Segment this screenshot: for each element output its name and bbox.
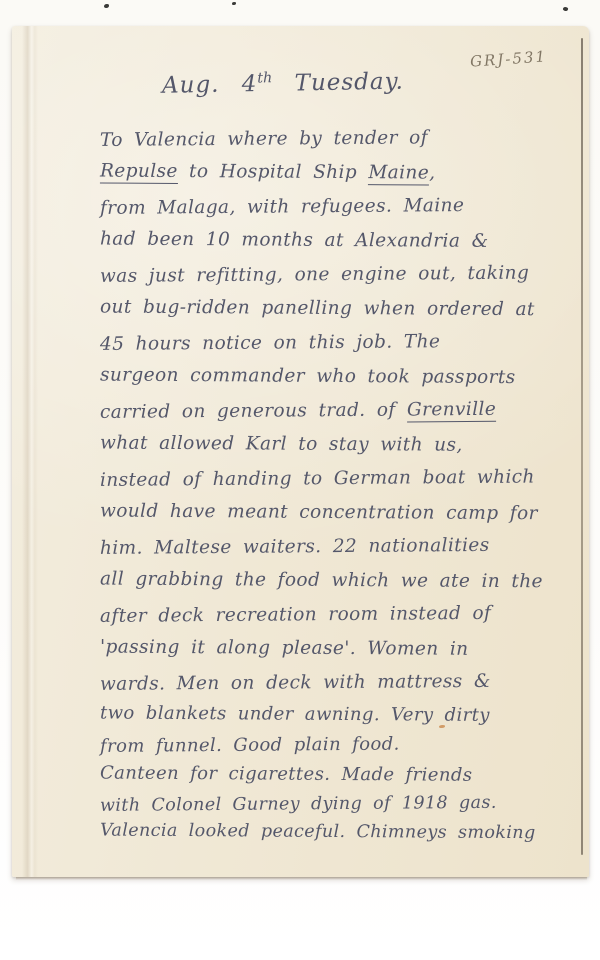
handwritten-line: 'passing it along please'. Women in [100,631,586,668]
handwritten-line: from Malaga, with refugees. Maine [100,188,586,226]
scanned-photo: GRJ-531 Aug. 4th Tuesday. To Valencia wh… [0,0,600,960]
date-heading-ordinal: th [257,70,272,86]
underlined-word: Grenville [407,399,496,423]
reference-number: GRJ-531 [469,47,547,70]
date-heading-prefix: Aug. 4 [162,71,258,99]
handwritten-line: instead of handing to German boat which [100,460,586,498]
handwritten-line: out bug-ridden panelling when ordered at [100,291,586,328]
handwritten-line: surgeon commander who took passports [100,359,586,396]
handwritten-line: would have meant concentration camp for [100,495,586,532]
handwritten-line: carried on generous trad. of Grenville [100,392,586,430]
underlined-word: Maine [368,162,429,185]
handwritten-line: what allowed Karl to stay with us, [100,427,586,464]
handwritten-line: Repulse to Hospital Ship Maine, [100,155,586,192]
underlined-word: Repulse [100,161,178,184]
body-lines: To Valencia where by tender ofRepulse to… [100,122,586,846]
diary-page: GRJ-531 Aug. 4th Tuesday. To Valencia wh… [12,26,589,877]
handwritten-line: from funnel. Good plain food. [100,728,586,762]
handwritten-line: Canteen for cigarettes. Made friends [100,759,586,792]
handwritten-line: To Valencia where by tender of [100,120,586,158]
handwritten-line: him. Maltese waiters. 22 nationalities [100,528,586,566]
handwritten-line: two blankets under awning. Very dirty [100,699,586,732]
handwritten-line: after deck recreation room instead of [100,596,586,634]
page-edge-shadow [16,877,587,880]
date-heading: Aug. 4th Tuesday. [162,68,404,99]
handwritten-line: had been 10 months at Alexandria & [100,223,586,260]
dust-speck [104,4,109,8]
handwritten-line: 45 hours notice on this job. The [100,324,586,362]
handwritten-line: with Colonel Gurney dying of 1918 gas. [100,788,586,820]
handwritten-line: was just refitting, one engine out, taki… [100,256,586,294]
handwritten-line: wards. Men on deck with mattress & [100,664,586,702]
handwritten-line: Valencia looked peaceful. Chimneys smoki… [100,817,586,848]
page-crease [22,26,38,877]
dust-speck [232,2,236,5]
date-heading-suffix: Tuesday. [272,69,404,97]
handwritten-line: all grabbing the food which we ate in th… [100,563,586,600]
dust-speck [562,6,568,11]
